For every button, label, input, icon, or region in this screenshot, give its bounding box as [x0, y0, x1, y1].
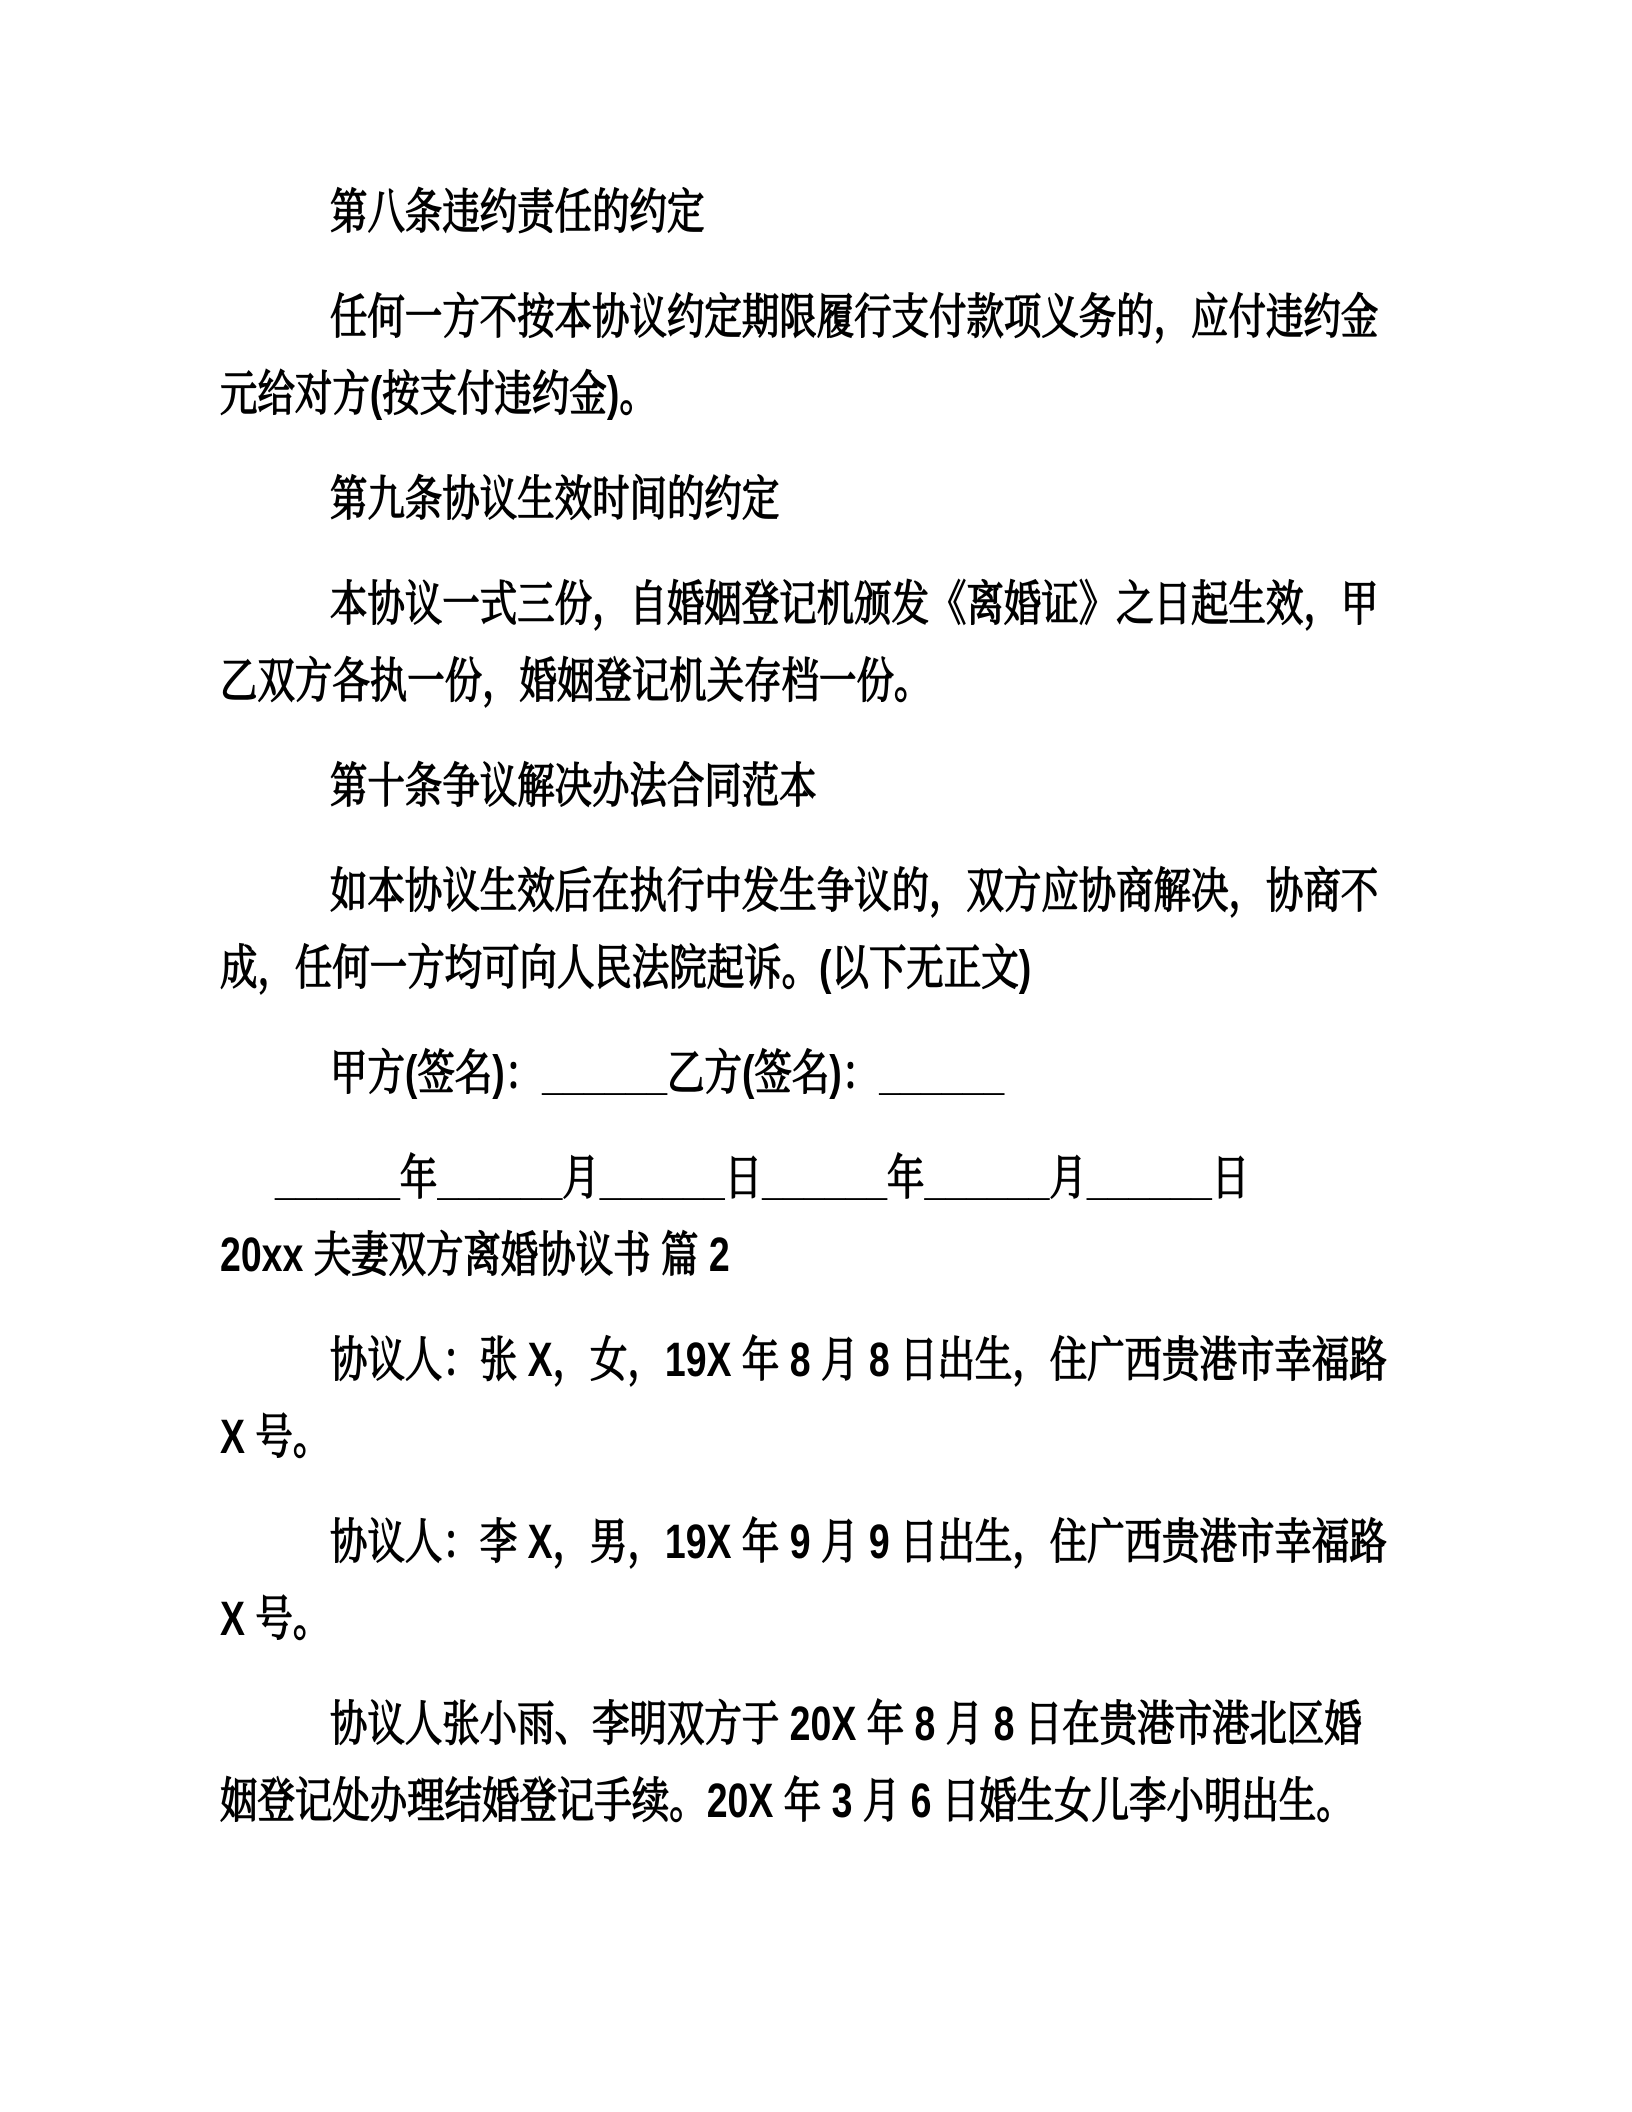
line-text: 如本协议生效后在执行中发生争议的，双方应协商解决，协商不 — [330, 853, 1378, 930]
clause8-body-line-1: 任何一方不按本协议约定期限履行支付款项义务的，应付违约金 — [220, 279, 1482, 356]
party-b-line-2: X 号。 — [220, 1581, 1482, 1658]
line-text: 第八条违约责任的约定 — [330, 174, 704, 251]
line-text: 姻登记处办理结婚登记手续。20X 年 3 月 6 日婚生女儿李小明出生。 — [220, 1763, 1354, 1840]
line-text: 协议人张小雨、李明双方于 20X 年 8 月 8 日在贵港市港北区婚 — [330, 1686, 1362, 1763]
line-text: 第九条协议生效时间的约定 — [330, 461, 779, 538]
line-text: X 号。 — [220, 1399, 330, 1476]
clause10-body-line-1: 如本协议生效后在执行中发生争议的，双方应协商解决，协商不 — [220, 853, 1482, 930]
line-text: 成，任何一方均可向人民法院起诉。(以下无正文) — [220, 930, 1031, 1007]
line-text: 本协议一式三份，自婚姻登记机颁发《离婚证》之日起生效，甲 — [330, 566, 1378, 643]
line-text: 元给对方(按支付违约金)。 — [220, 356, 657, 433]
line-text: 协议人：张 X，女，19X 年 8 月 8 日出生，住广西贵港市幸福路 — [330, 1322, 1387, 1399]
party-b-line-1: 协议人：李 X，男，19X 年 9 月 9 日出生，住广西贵港市幸福路 — [220, 1504, 1482, 1581]
line-text: 第十条争议解决办法合同范本 — [330, 748, 817, 825]
marriage-registration-line-1: 协议人张小雨、李明双方于 20X 年 8 月 8 日在贵港市港北区婚 — [220, 1686, 1482, 1763]
line-text: 乙双方各执一份，婚姻登记机关存档一份。 — [220, 643, 931, 720]
clause9-body-line-2: 乙双方各执一份，婚姻登记机关存档一份。 — [220, 643, 1482, 720]
clause10-body-line-2: 成，任何一方均可向人民法院起诉。(以下无正文) — [220, 930, 1482, 1007]
line-text: 任何一方不按本协议约定期限履行支付款项义务的，应付违约金 — [330, 279, 1378, 356]
document-page: 第八条违约责任的约定 任何一方不按本协议约定期限履行支付款项义务的，应付违约金 … — [0, 0, 1632, 2112]
marriage-registration-line-2: 姻登记处办理结婚登记手续。20X 年 3 月 6 日婚生女儿李小明出生。 — [220, 1763, 1482, 1840]
clause8-body-line-2: 元给对方(按支付违约金)。 — [220, 356, 1482, 433]
party-a-line-1: 协议人：张 X，女，19X 年 8 月 8 日出生，住广西贵港市幸福路 — [220, 1322, 1482, 1399]
date-line: ______年______月______日______年______月_____… — [220, 1140, 1482, 1217]
clause10-heading: 第十条争议解决办法合同范本 — [220, 748, 1482, 825]
clause9-body-line-1: 本协议一式三份，自婚姻登记机颁发《离婚证》之日起生效，甲 — [220, 566, 1482, 643]
line-text: 甲方(签名)：______乙方(签名)：______ — [330, 1035, 1004, 1112]
clause8-heading: 第八条违约责任的约定 — [220, 174, 1482, 251]
line-text: 20xx 夫妻双方离婚协议书 篇 2 — [220, 1217, 730, 1294]
signature-line: 甲方(签名)：______乙方(签名)：______ — [220, 1035, 1482, 1112]
line-text: ______年______月______日______年______月_____… — [275, 1140, 1249, 1217]
clause9-heading: 第九条协议生效时间的约定 — [220, 461, 1482, 538]
line-text: 协议人：李 X，男，19X 年 9 月 9 日出生，住广西贵港市幸福路 — [330, 1504, 1387, 1581]
part2-heading: 20xx 夫妻双方离婚协议书 篇 2 — [220, 1217, 1482, 1294]
party-a-line-2: X 号。 — [220, 1399, 1482, 1476]
line-text: X 号。 — [220, 1581, 330, 1658]
